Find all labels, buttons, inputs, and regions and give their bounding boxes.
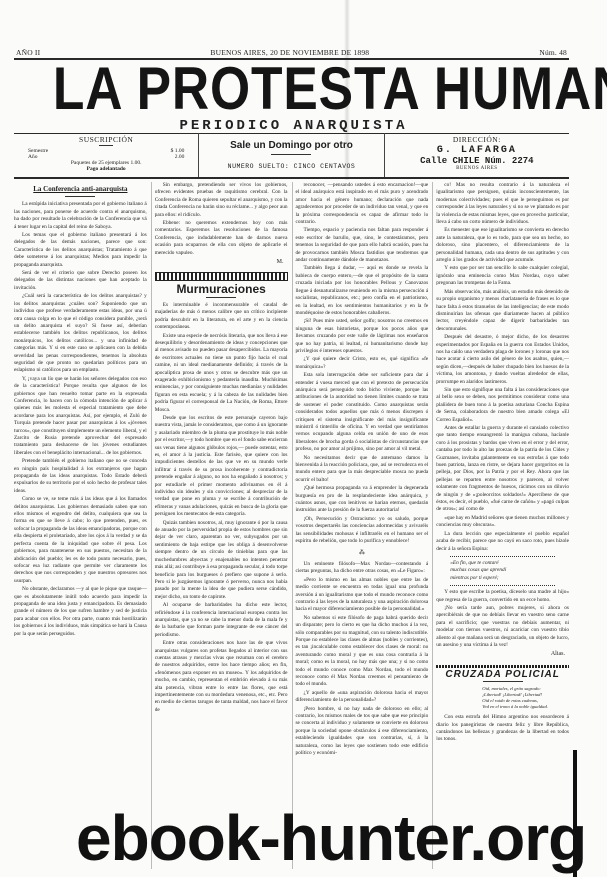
price-text: NUMERO SUELTO: CINCO CENTAVOS [199, 163, 383, 170]
article-title: Murmuraciones [155, 286, 288, 293]
paragraph: Y, ¡vaya un lío que se harán los señores… [14, 376, 147, 457]
paragraph: Sin embargo, pretendiendo ser vivos los … [155, 182, 288, 219]
infobar-rule [14, 177, 569, 179]
paragraph: ¿Cuál será la característica de los deli… [14, 293, 147, 374]
masthead-title: LA PROTESTA HUMANA [53, 60, 530, 118]
paragraph: Tiempo, espacio y paciencia nos faltan p… [296, 227, 429, 264]
paragraph: Más observación, más análisis, un estudi… [436, 289, 569, 333]
watermark: ebook-hunter.org [76, 806, 586, 870]
column-2: Sin embargo, pretendiendo ser vivos los … [151, 182, 288, 869]
paragraph: Existe una especie de necrósis literaria… [155, 333, 288, 414]
paragraph: ¿Y qué quiere decir Cristo, esto es, qué… [296, 356, 429, 371]
paragraph: Será de ver el criterio que sobre Derech… [14, 270, 147, 292]
article-title: La Conferencia anti-anarquista [14, 186, 147, 193]
paragraph: reconocer, —pensando ustedes á esto enca… [296, 182, 429, 226]
paragraph: Pretende también el gobierno italiano qu… [14, 458, 147, 495]
masthead-subtitle: PERIODICO ANARQUISTA [0, 118, 587, 134]
paragraph: Después del desastre, ó mejor dicho, de … [436, 334, 569, 386]
paragraph: La estúpida iniciativa presentada por el… [14, 201, 147, 231]
verse-line: «En fin, que te contaré [450, 560, 569, 567]
paragraph: Y esto que por ser tan sencillo lo sabe … [436, 265, 569, 287]
paragraph: ¿Y aquello de «una aspiración dolorosa h… [296, 690, 429, 705]
paragraph: No obstante, declaramos —y al que le piq… [14, 586, 147, 638]
article-columns: La Conferencia anti-anarquista La estúpi… [14, 182, 569, 869]
article-body-continued: Sin embargo, pretendiendo ser vivos los … [155, 182, 288, 257]
paragraph: Un eminente filósofo—Max Nordau—contesta… [296, 561, 429, 576]
address-heading: DIRECCIÓN: [385, 135, 569, 144]
street-address: Calle CHILE Núm. 2274 [385, 156, 569, 166]
paragraph: No necesitamos decir que de antemano dam… [296, 455, 429, 485]
paragraph: Entre otras consideraciones nos hace las… [155, 640, 288, 714]
paragraph: Con esta estrofa del Himno argentino nos… [436, 714, 569, 744]
paragraph: Antes de estallar la guerra y durante el… [436, 425, 569, 514]
paragraph: ¡Qué hermosa propaganda va á emprender l… [296, 485, 429, 515]
article-title: CRUZADA POLICIAL [436, 671, 569, 678]
paragraph: ¡Pero hombre, si no hay nada de doloroso… [296, 706, 429, 758]
paragraph: Los temas que el gobierno italiano prese… [14, 232, 147, 269]
paragraph: Y esto que escribe la poetisa, díceselo … [436, 589, 569, 604]
address-box: DIRECCIÓN: G. LAFARGA Calle CHILE Núm. 2… [385, 133, 569, 177]
article-body: Es interminable é inconmensurable el cau… [155, 302, 288, 714]
paragraph: Es menester que ese igualitarismo se con… [436, 227, 569, 264]
column-4: co! Mas no resulta contrario á la natura… [432, 182, 569, 869]
column-3: reconocer, —pensando ustedes á esto enca… [292, 182, 429, 869]
paragraph: Sin que esto signifique una falta á las … [436, 387, 569, 424]
article-signature: Alias. [440, 651, 565, 658]
ornamental-divider [155, 272, 288, 281]
verse-line: mientras por ti esperé; [450, 575, 569, 582]
paragraph: Al ocuparse de barbaridades ha dicho est… [155, 602, 288, 639]
article-signature: M. [159, 259, 284, 266]
paragraph: Desde que los escritos de este personaje… [155, 415, 288, 519]
article-body: La estúpida iniciativa presentada por el… [14, 201, 147, 638]
editor-name: G. LAFARGA [385, 145, 569, 156]
article-body-continued: reconocer, —pensando ustedes á esto enca… [296, 182, 429, 546]
paragraph: Como se ve, se teme más á las ideas que … [14, 496, 147, 585]
payment-terms: Pago adelantado [14, 166, 198, 172]
subscription-heading: SUSCRIPCIÓN [14, 135, 198, 144]
paragraph: No sabemos si este filósofo de paga habr… [296, 615, 429, 689]
newspaper-page: AÑO II BUENOS AIRES, 20 DE NOVIEMBRE DE … [0, 0, 607, 877]
article-body: Con esta estrofa del Himno argentino nos… [436, 714, 569, 744]
paragraph: «que hay en Madrid señores que tienen mu… [436, 515, 569, 530]
column-1: La Conferencia anti-anarquista La estúpi… [14, 182, 147, 869]
paragraph: «Pero lo mismo en las almas nobles que e… [296, 577, 429, 614]
subscription-box: SUSCRIPCIÓN Semestre $ 1.00 Año 2.00 Paq… [14, 133, 198, 177]
article-body: Y esto que escribe la poetisa, díceselo … [436, 589, 569, 649]
frequency-text: Sale un Domingo por otro [199, 140, 383, 151]
paragraph: La dura lección que especialmente el pue… [436, 531, 569, 553]
article-body-continued: co! Mas no resulta contrario á la natura… [436, 182, 569, 553]
ornamental-divider [436, 665, 569, 668]
paragraph: También llega á dudar, — aquí es donde s… [296, 265, 429, 317]
city: BUENOS AIRES [385, 166, 569, 171]
paragraph: ¡No sería tarde aun, pobres mujeres, si … [436, 605, 569, 649]
issue-box: Sale un Domingo por otro NUMERO SUELTO: … [198, 133, 384, 177]
paragraph: Quizás tambien nosotros, al, muy ignoran… [155, 520, 288, 601]
year-label: AÑO II [16, 48, 40, 57]
epigraph: Oid, mortales, el grito sagrado:¡Liberta… [436, 686, 569, 710]
verse-line: muchas cosas que aprendí [450, 567, 569, 574]
verse-line: Ved en el trono á la noble igualdad. [482, 704, 569, 710]
paragraph: ¡Sí! Pues mire usted, señor golfo; nosot… [296, 318, 429, 355]
info-bar: SUSCRIPCIÓN Semestre $ 1.00 Año 2.00 Paq… [14, 133, 569, 177]
paragraph: Ebbene: no queremos extendernos hoy con … [155, 220, 288, 257]
paragraph: Esta sola interrogación debe ser suficie… [296, 372, 429, 453]
article-body: Un eminente filósofo—Max Nordau—contesta… [296, 561, 429, 758]
paragraph: co! Mas no resulta contrario á la natura… [436, 182, 569, 226]
paragraph: Es interminable é inconmensurable el cau… [155, 302, 288, 332]
poem-excerpt: «En fin, que te contarémuchas cosas que … [436, 560, 569, 582]
section-break-asterism: ⁂ [296, 550, 429, 557]
paragraph: ¡Oh, Persecución y Ostracismo: yo os sal… [296, 516, 429, 546]
page-edge [573, 750, 577, 877]
